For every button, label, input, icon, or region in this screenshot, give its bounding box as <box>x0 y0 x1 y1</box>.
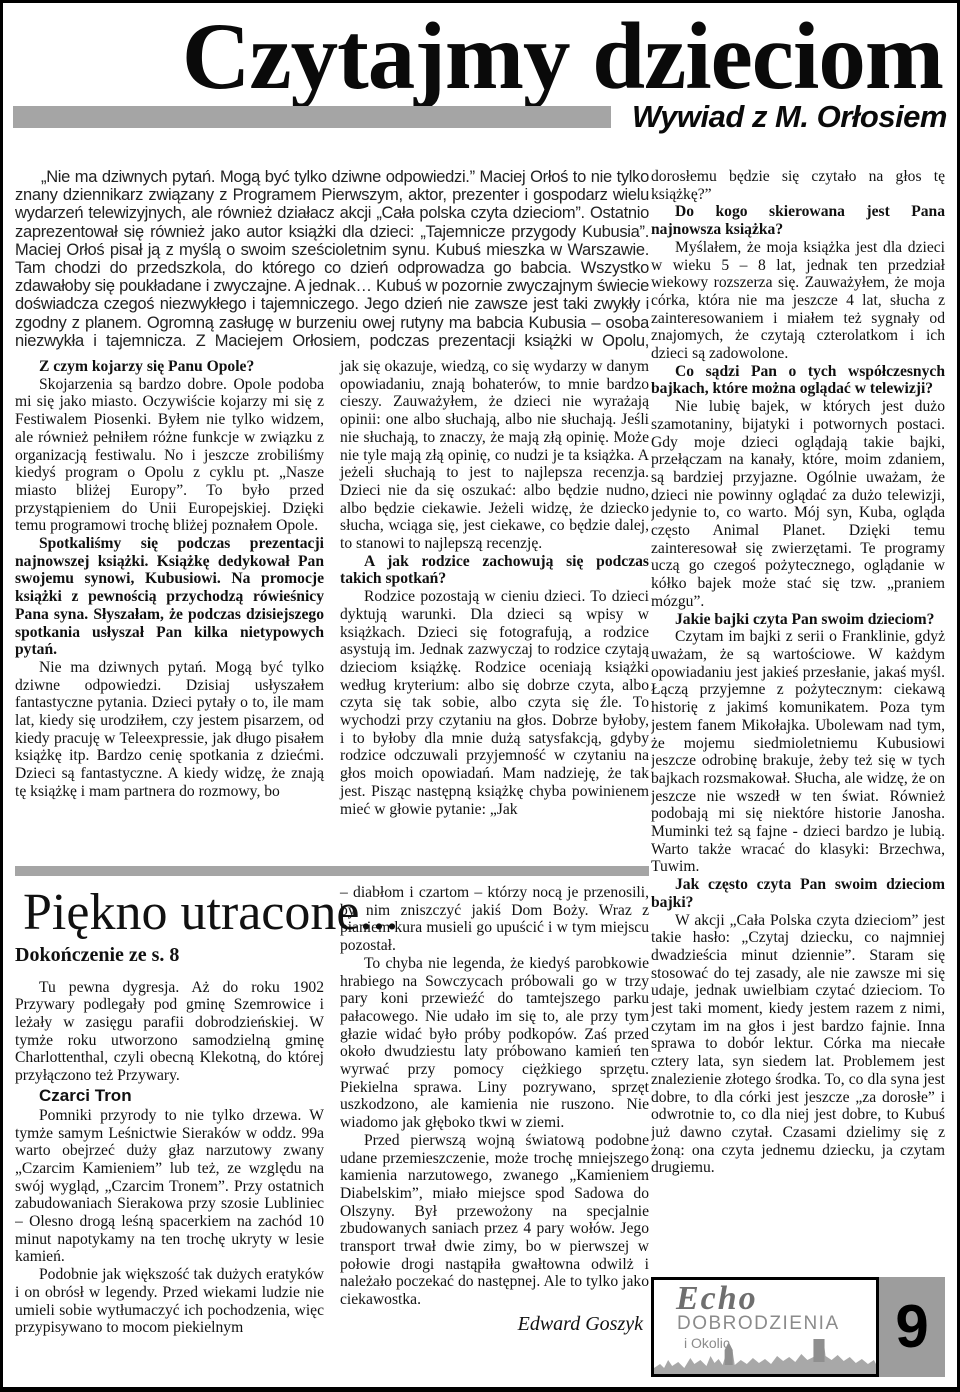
interview-column-2: jak się okazuje, wiedzą, co się wydarzy … <box>340 358 649 860</box>
footer-logo-row: Echo DOBRODZIENIA i Okolic 9 <box>651 1277 945 1377</box>
page-number-box: 9 <box>879 1277 945 1377</box>
logo-name-text: Echo <box>676 1282 758 1316</box>
page-title: Czytajmy dzieciom <box>13 5 947 108</box>
interview-column-1: Z czym kojarzy się Panu Opole?Skojarzeni… <box>15 358 324 860</box>
body-paragraph: Tu pewna dygresja. Aż do roku 1902 Przyw… <box>15 979 324 1085</box>
author-byline: Edward Goszyk <box>340 1313 649 1336</box>
sub-heading: Czarci Tron <box>15 1085 324 1107</box>
second-article: Piękno utracone... Dokończenie ze s. 8 T… <box>15 884 649 1337</box>
title-underline-bar <box>13 106 611 128</box>
question-paragraph: Jakie bajki czyta Pan swoim dzieciom? <box>651 611 945 629</box>
second-article-text-1: Tu pewna dygresja. Aż do roku 1902 Przyw… <box>15 979 324 1337</box>
body-paragraph: To chyba nie legenda, że kiedyś parobkow… <box>340 955 649 1132</box>
body-paragraph: Rodzice pozostają w cieniu dzieci. To dz… <box>340 588 649 818</box>
body-paragraph: Przed pierwszą wojną światową podobne ud… <box>340 1132 649 1309</box>
question-paragraph: Z czym kojarzy się Panu Opole? <box>15 358 324 376</box>
header-row: Wywiad z M. Orłosiem <box>13 100 947 134</box>
interview-lead-paragraph: „Nie ma dziwnych pytań. Mogą być tylko d… <box>15 168 649 352</box>
body-paragraph: Podobnie jak większość tak dużych eratyk… <box>15 1266 324 1337</box>
page-number: 9 <box>895 1297 928 1357</box>
page-header: Czytajmy dzieciom Wywiad z M. Orłosiem <box>13 5 947 161</box>
question-paragraph: A jak rodzice zachowują się podczas taki… <box>340 553 649 588</box>
interview-columns: Z czym kojarzy się Panu Opole?Skojarzeni… <box>15 358 649 860</box>
body-paragraph: W akcji „Cała Polska czyta dzieciom” jes… <box>651 912 945 1178</box>
body-paragraph: Czytam im bajki z serii o Franklinie, gd… <box>651 628 945 876</box>
question-paragraph: Spotkaliśmy się podczas prezentacji najn… <box>15 535 324 659</box>
question-paragraph: Jak często czyta Pan swoim dzieciom bajk… <box>651 876 945 911</box>
question-paragraph: Co sądzi Pan o tych współczesnych bajkac… <box>651 363 945 398</box>
second-article-text-2: – diabłom i czartom – którzy nocą je prz… <box>340 884 649 1309</box>
body-paragraph: Pomniki przyrody to nie tylko drzewa. W … <box>15 1107 324 1266</box>
right-content-column: dorosłemu będzie się czytało na głos tę … <box>651 168 945 1379</box>
body-paragraph: Myślałem, że moja książka jest dla dziec… <box>651 239 945 363</box>
second-article-column-1: Piękno utracone... Dokończenie ze s. 8 T… <box>15 884 324 1337</box>
second-article-title: Piękno utracone... <box>23 886 324 941</box>
body-paragraph: dorosłemu będzie się czytało na głos tę … <box>651 168 945 203</box>
body-paragraph: – diabłom i czartom – którzy nocą je prz… <box>340 884 649 955</box>
question-paragraph: Do kogo skierowana jest Pana najnowsza k… <box>651 203 945 238</box>
body-paragraph: Nie lubię bajek, w których jest dużo sza… <box>651 398 945 610</box>
page-content: „Nie ma dziwnych pytań. Mogą być tylko d… <box>15 168 945 1379</box>
body-paragraph: Skojarzenia są bardzo dobre. Opole podob… <box>15 376 324 535</box>
newspaper-page: Czytajmy dzieciom Wywiad z M. Orłosiem „… <box>0 0 960 1392</box>
body-paragraph: Nie ma dziwnych pytań. Mogą być tylko dz… <box>15 659 324 801</box>
section-divider-bar <box>15 866 649 876</box>
newspaper-logo: Echo DOBRODZIENIA i Okolic <box>651 1277 879 1377</box>
left-content-area: „Nie ma dziwnych pytań. Mogą być tylko d… <box>15 168 649 1379</box>
interview-subtitle: Wywiad z M. Orłosiem <box>611 99 947 135</box>
second-article-column-2: – diabłom i czartom – którzy nocą je prz… <box>340 884 649 1337</box>
body-paragraph: jak się okazuje, wiedzą, co się wydarzy … <box>340 358 649 553</box>
continuation-note: Dokończenie ze s. 8 <box>15 943 324 967</box>
city-skyline-image <box>654 1330 876 1376</box>
interview-column-3: dorosłemu będzie się czytało na głos tę … <box>651 168 945 1264</box>
